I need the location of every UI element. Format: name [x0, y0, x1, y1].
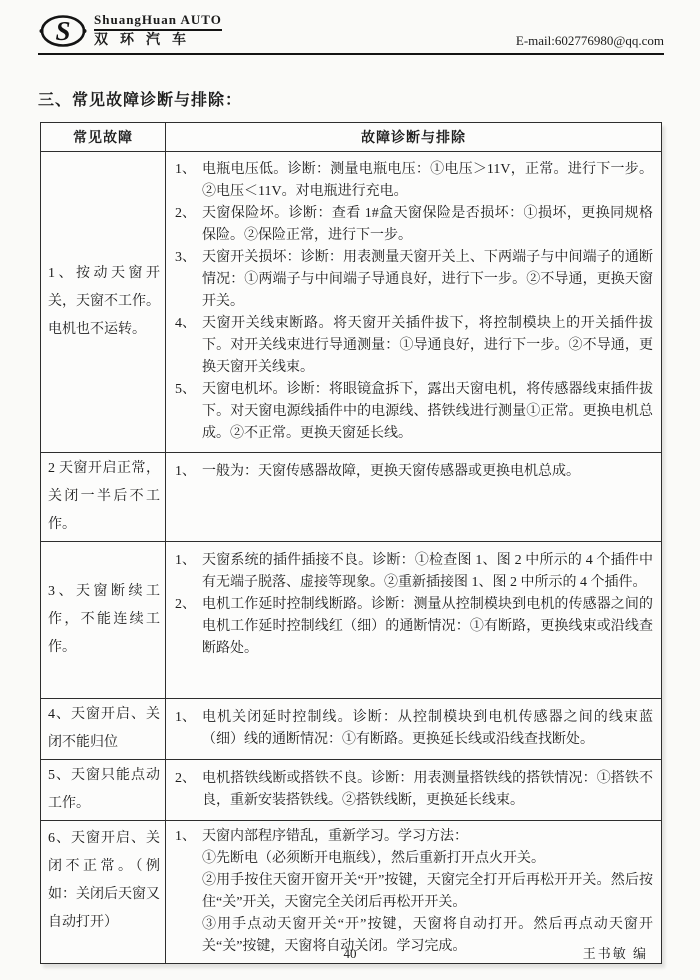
diagnosis-item-text: 天窗保险坏。诊断：查看 1#盒天窗保险是否损坏：①损坏，更换同规格保险。②保险正…	[202, 203, 653, 247]
diagnosis-item: 1、电机关闭延时控制线。诊断：从控制模块到电机传感器之间的线束蓝（细）线的通断情…	[175, 707, 653, 751]
fault-diagnosis-table: 常见故障 故障诊断与排除 1、按动天窗开关，天窗不工作。电机也不运转。1、电瓶电…	[40, 122, 662, 964]
diagnosis-item: 4、天窗开关线束断路。将天窗开关插件拔下，将控制模块上的开关插件拔下。对开关线束…	[175, 313, 653, 379]
diagnosis-item-text: 电瓶电压低。诊断：测量电瓶电压：①电压＞11V，正常。进行下一步。②电压＜11V…	[202, 159, 653, 203]
section-title: 三、常见故障诊断与排除：	[38, 87, 700, 110]
table-row: 1、按动天窗开关，天窗不工作。电机也不运转。1、电瓶电压低。诊断：测量电瓶电压：…	[41, 152, 662, 453]
diagnosis-item-text: 电机工作延时控制线断路。诊断：测量从控制模块到电机的传感器之间的电机工作延时控制…	[202, 594, 653, 660]
diagnosis-item-text: ②用手按住天窗开窗开关“开”按键，天窗完全打开后再松开开关。然后按住“关”开关，…	[202, 870, 653, 914]
diagnosis-cell: 1、电瓶电压低。诊断：测量电瓶电压：①电压＞11V，正常。进行下一步。②电压＜1…	[166, 152, 662, 453]
diagnosis-item: 1、一般为：天窗传感器故障，更换天窗传感器或更换电机总成。	[175, 461, 653, 483]
table-row: 6、天窗开启、关闭不正常。（例如：关闭后天窗又自动打开）1、天窗内部程序错乱，重…	[41, 821, 662, 964]
diagnosis-item: 1、天窗系统的插件插接不良。诊断：①检查图 1、图 2 中所示的 4 个插件中有…	[175, 550, 653, 594]
diagnosis-item-number: 2、	[175, 203, 202, 247]
diagnosis-item-text: 天窗内部程序错乱，重新学习。学习方法：	[202, 826, 653, 848]
table-row: 4、天窗开启、关闭不能归位1、电机关闭延时控制线。诊断：从控制模块到电机传感器之…	[41, 699, 662, 760]
brand-text: ShuangHuan AUTO 双环汽车	[94, 12, 222, 50]
table-header-row: 常见故障 故障诊断与排除	[41, 123, 662, 152]
diagnosis-item-number	[175, 870, 202, 914]
diagnosis-item: 2、电机工作延时控制线断路。诊断：测量从控制模块到电机的传感器之间的电机工作延时…	[175, 594, 653, 660]
diagnosis-item-number: 4、	[175, 313, 202, 379]
fault-table-body: 1、按动天窗开关，天窗不工作。电机也不运转。1、电瓶电压低。诊断：测量电瓶电压：…	[41, 152, 662, 964]
column-header-fault: 常见故障	[41, 123, 166, 152]
diagnosis-item-number: 2、	[175, 768, 202, 812]
diagnosis-item: 1、天窗内部程序错乱，重新学习。学习方法：	[175, 826, 653, 848]
diagnosis-item-text: 天窗系统的插件插接不良。诊断：①检查图 1、图 2 中所示的 4 个插件中有无端…	[202, 550, 653, 594]
contact-email: E-mail:602776980@qq.com	[516, 33, 664, 50]
fault-description-cell: 5、天窗只能点动工作。	[41, 760, 166, 821]
svg-text:S: S	[55, 16, 70, 46]
brand-name-english: ShuangHuan AUTO	[94, 12, 222, 31]
diagnosis-item: 5、天窗电机坏。诊断：将眼镜盒拆下，露出天窗电机，将传感器线束插件拔下。对天窗电…	[175, 379, 653, 445]
diagnosis-item-number: 2、	[175, 594, 202, 660]
document-page: { "header": { "logo_monogram": "S", "bra…	[0, 0, 700, 980]
diagnosis-item-text: 天窗开关线束断路。将天窗开关插件拔下，将控制模块上的开关插件拔下。对开关线束进行…	[202, 313, 653, 379]
diagnosis-item-text: 一般为：天窗传感器故障，更换天窗传感器或更换电机总成。	[202, 461, 653, 483]
fault-description-cell: 1、按动天窗开关，天窗不工作。电机也不运转。	[41, 152, 166, 453]
fault-description-cell: 2 天窗开启正常，关闭一半后不工作。	[41, 453, 166, 542]
diagnosis-item: ②用手按住天窗开窗开关“开”按键，天窗完全打开后再松开开关。然后按住“关”开关，…	[175, 870, 653, 914]
table-row: 3、天窗断续工作，不能连续工作。1、天窗系统的插件插接不良。诊断：①检查图 1、…	[41, 542, 662, 699]
diagnosis-item: 2、电机搭铁线断或搭铁不良。诊断：用表测量搭铁线的搭铁情况：①搭铁不良，重新安装…	[175, 768, 653, 812]
diagnosis-item-number: 1、	[175, 550, 202, 594]
editor-credit: 王书敏 编	[583, 943, 648, 962]
fault-description-cell: 3、天窗断续工作，不能连续工作。	[41, 542, 166, 699]
table-row: 2 天窗开启正常，关闭一半后不工作。1、一般为：天窗传感器故障，更换天窗传感器或…	[41, 453, 662, 542]
diagnosis-item-text: 电机关闭延时控制线。诊断：从控制模块到电机传感器之间的线束蓝（细）线的通断情况：…	[202, 707, 653, 751]
diagnosis-item: 2、天窗保险坏。诊断：查看 1#盒天窗保险是否损坏：①损坏，更换同规格保险。②保…	[175, 203, 653, 247]
diagnosis-item-number: 3、	[175, 247, 202, 313]
fault-description-cell: 4、天窗开启、关闭不能归位	[41, 699, 166, 760]
brand-name-chinese: 双环汽车	[94, 31, 222, 50]
diagnosis-item-text: 电机搭铁线断或搭铁不良。诊断：用表测量搭铁线的搭铁情况：①搭铁不良，重新安装搭铁…	[202, 768, 653, 812]
brand-logo: S ShuangHuan AUTO 双环汽车	[38, 12, 222, 50]
diagnosis-item: 3、天窗开关损坏：诊断：用表测量天窗开关上、下两端子与中间端子的通断情况：①两端…	[175, 247, 653, 313]
diagnosis-item: 1、电瓶电压低。诊断：测量电瓶电压：①电压＞11V，正常。进行下一步。②电压＜1…	[175, 159, 653, 203]
diagnosis-item-number: 1、	[175, 461, 202, 483]
diagnosis-item-text: ①先断电（必须断开电瓶线），然后重新打开点火开关。	[202, 848, 653, 870]
page-header: S ShuangHuan AUTO 双环汽车 E-mail:602776980@…	[38, 6, 664, 55]
diagnosis-item-number: 1、	[175, 707, 202, 751]
shuanghuan-logo-icon: S	[38, 12, 88, 50]
diagnosis-item-number: 1、	[175, 159, 202, 203]
diagnosis-item-text: 天窗开关损坏：诊断：用表测量天窗开关上、下两端子与中间端子的通断情况：①两端子与…	[202, 247, 653, 313]
diagnosis-cell: 1、一般为：天窗传感器故障，更换天窗传感器或更换电机总成。	[166, 453, 662, 542]
diagnosis-cell: 1、天窗系统的插件插接不良。诊断：①检查图 1、图 2 中所示的 4 个插件中有…	[166, 542, 662, 699]
diagnosis-item-number: 5、	[175, 379, 202, 445]
diagnosis-cell: 1、电机关闭延时控制线。诊断：从控制模块到电机传感器之间的线束蓝（细）线的通断情…	[166, 699, 662, 760]
diagnosis-item-number	[175, 848, 202, 870]
diagnosis-item-text: 天窗电机坏。诊断：将眼镜盒拆下，露出天窗电机，将传感器线束插件拔下。对天窗电源线…	[202, 379, 653, 445]
table-row: 5、天窗只能点动工作。2、电机搭铁线断或搭铁不良。诊断：用表测量搭铁线的搭铁情况…	[41, 760, 662, 821]
diagnosis-item-number: 1、	[175, 826, 202, 848]
diagnosis-cell: 2、电机搭铁线断或搭铁不良。诊断：用表测量搭铁线的搭铁情况：①搭铁不良，重新安装…	[166, 760, 662, 821]
fault-description-cell: 6、天窗开启、关闭不正常。（例如：关闭后天窗又自动打开）	[41, 821, 166, 964]
column-header-diagnosis: 故障诊断与排除	[166, 123, 662, 152]
diagnosis-item: ①先断电（必须断开电瓶线），然后重新打开点火开关。	[175, 848, 653, 870]
